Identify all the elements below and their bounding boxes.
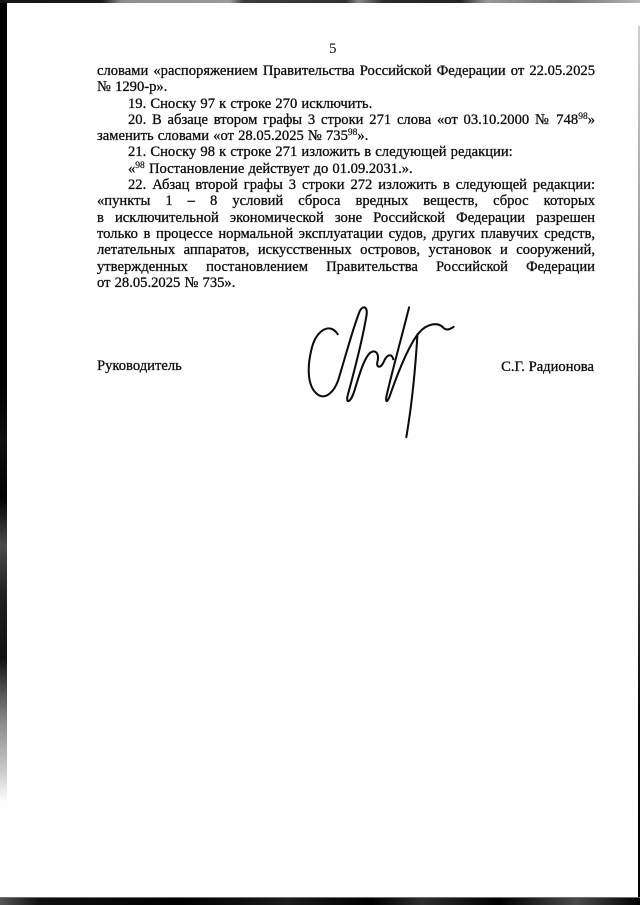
text-line: в исключительной экономической зоне Росс… xyxy=(97,210,595,226)
text-line: «пункты 1 – 8 условий сброса вредных вещ… xyxy=(97,193,595,209)
footnote-ref: 98 xyxy=(578,112,588,122)
text-line: словами «распоряжением Правительства Рос… xyxy=(97,63,595,79)
text-segment: » xyxy=(588,112,595,128)
text-line: утвержденных постановлением Правительств… xyxy=(97,259,595,275)
text-line: 21. Сноску 98 к строке 271 изложить в сл… xyxy=(97,144,595,160)
text-line: заменить словами «от 28.05.2025 № 73598»… xyxy=(97,128,595,144)
footnote-ref: 98 xyxy=(348,128,358,138)
text-line: «98 Постановление действует до 01.09.203… xyxy=(97,161,595,177)
scan-edge-left xyxy=(0,0,7,802)
signature-icon xyxy=(296,297,461,442)
page-number: 5 xyxy=(97,41,569,57)
footnote-ref: 98 xyxy=(135,161,145,171)
signatory-role: Руководитель xyxy=(97,358,182,375)
signatory-name: С.Г. Радионова xyxy=(501,359,594,376)
text-line: только в процессе нормальной эксплуатаци… xyxy=(97,226,595,242)
text-line: 20. В абзаце втором графы 3 строки 271 с… xyxy=(97,112,595,128)
text-line: № 1290-р». xyxy=(97,79,595,95)
scan-edge-bottom xyxy=(0,897,640,905)
text-segment: заменить словами «от 28.05.2025 № 735 xyxy=(97,128,348,144)
text-segment: Постановление действует до 01.09.2031.». xyxy=(145,161,413,177)
text-segment: 20. В абзаце втором графы 3 строки 271 с… xyxy=(128,112,578,128)
scan-edge-top xyxy=(0,0,640,3)
text-line: 19. Сноску 97 к строке 270 исключить. xyxy=(97,96,595,112)
document-body: словами «распоряжением Правительства Рос… xyxy=(97,63,595,291)
text-line: летательных аппаратов, искусственных ост… xyxy=(97,242,595,258)
text-segment: ». xyxy=(357,128,368,144)
text-line: от 28.05.2025 № 735». xyxy=(97,275,595,291)
document-page: 5 словами «распоряжением Правительства Р… xyxy=(0,0,640,905)
text-line: 22. Абзац второй графы 3 строки 272 изло… xyxy=(97,177,595,193)
